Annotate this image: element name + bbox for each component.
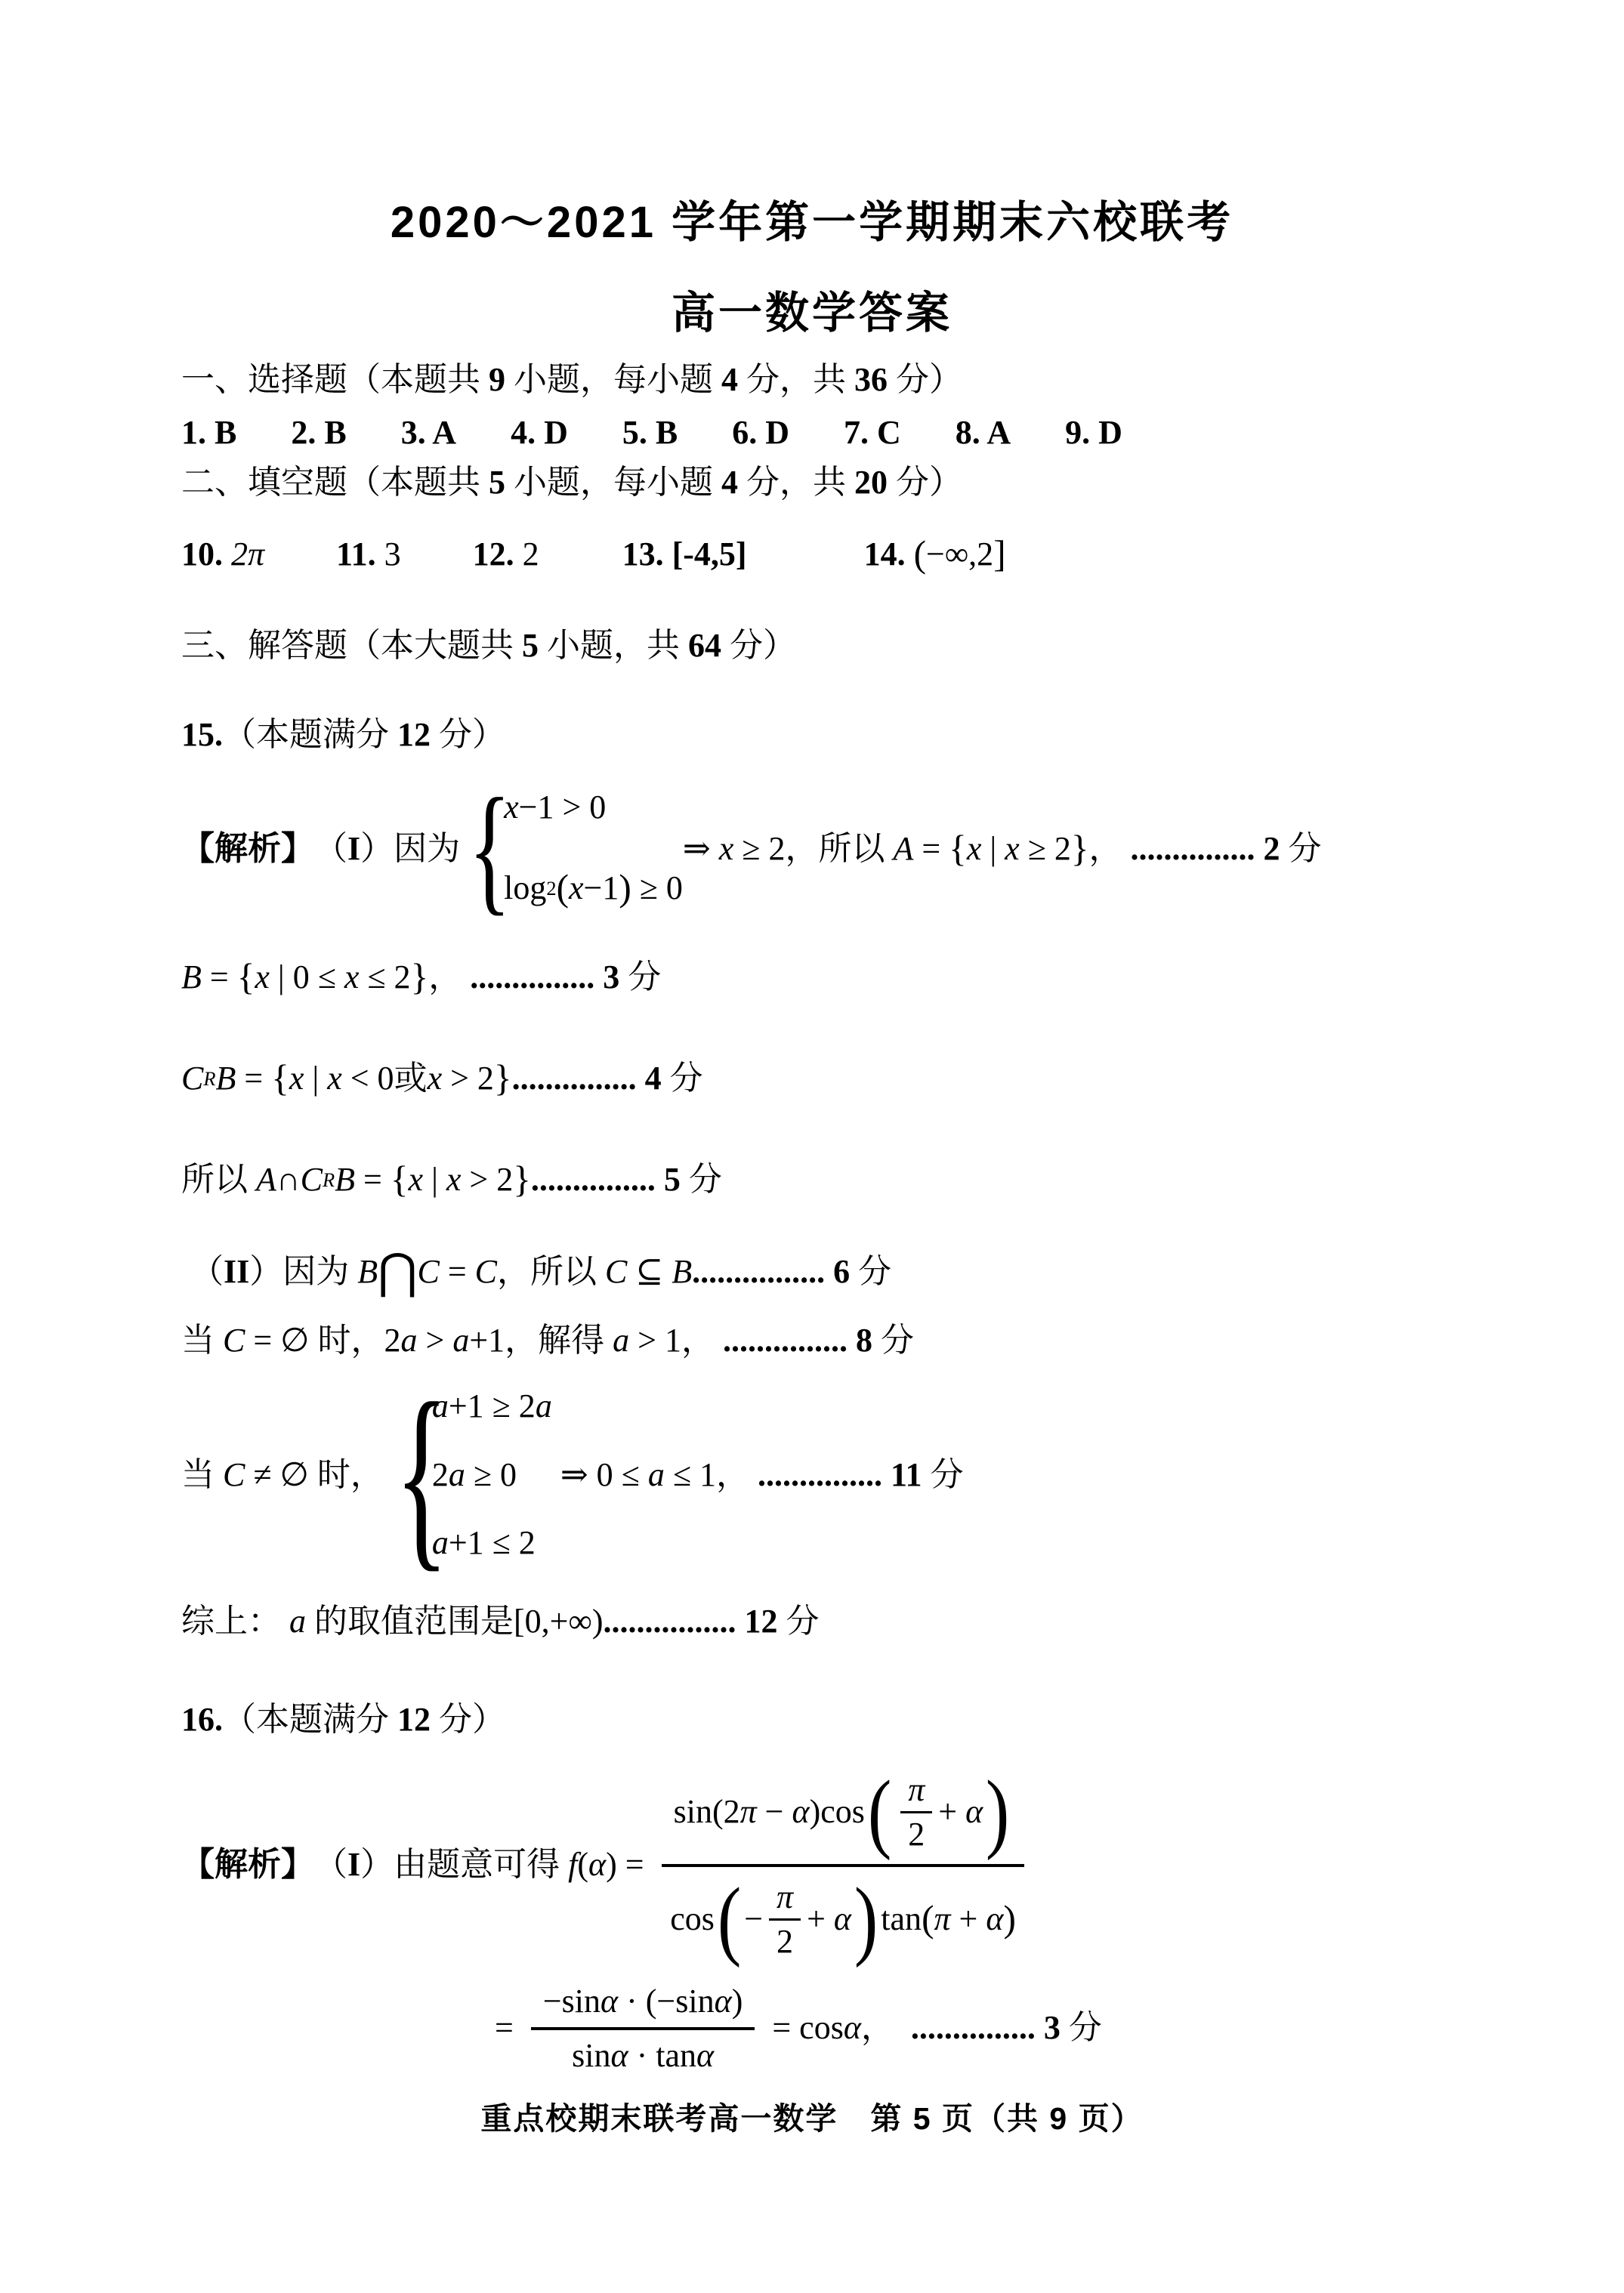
text-segment: ≤ 2 (359, 958, 410, 997)
text-segment: α (986, 1901, 1003, 1937)
text-segment: 分，共 (738, 464, 854, 502)
text-segment: （本题满分 (223, 1701, 397, 1739)
text-segment: 所以 (818, 831, 893, 867)
text-segment: ， (861, 2010, 894, 2046)
text-segment: 综上： (181, 1603, 289, 1641)
text-segment: sin (572, 2038, 610, 2074)
text-segment: C (475, 1253, 497, 1292)
text-segment: x (428, 1060, 443, 1098)
text-segment: a (289, 1603, 306, 1641)
text-segment: · (−sin (618, 1983, 714, 2020)
text-segment: 分） (431, 1701, 505, 1739)
text-segment: ）因为 (360, 831, 460, 867)
text-segment: C (605, 1253, 627, 1292)
minus-sign: − (744, 1901, 763, 1937)
text-segment: 的取值范围是 (306, 1603, 514, 1641)
text-segment: C (301, 1161, 323, 1199)
text-segment: 一、选择题（本题共 (181, 361, 489, 400)
text-segment: 分，共 (738, 361, 854, 400)
fraction-denominator: cos ( − π 2 + α ) tan(π + α) (670, 1867, 1016, 1964)
q15-step7-case-1: a+1 ≥ 2a (432, 1388, 552, 1424)
text-segment: ≥ 2 (733, 831, 785, 867)
text-segment: = (913, 831, 949, 867)
text-segment: 0 ≤ (293, 958, 344, 997)
text-segment: ) (619, 868, 631, 909)
text-segment: 3 (594, 958, 619, 997)
text-segment: ............... (894, 2010, 1036, 2046)
text-segment: C (223, 1322, 245, 1360)
q15-step7-case-3: a+1 ≤ 2 (432, 1525, 552, 1561)
fill-answers-row: 10. 2π 11. 3 12. 2 13. [-4,5] 14. (−∞,2] (181, 533, 1006, 576)
text-segment: II (224, 1253, 249, 1292)
text-segment: ................ (692, 1253, 825, 1292)
text-segment: a (648, 1457, 665, 1493)
text-segment: −1 (584, 870, 619, 906)
text-segment: 分） (888, 361, 962, 400)
text-segment: ............... (531, 1161, 656, 1199)
text-segment: 4 (721, 464, 738, 502)
denominator-text: tan(π + α) (881, 1899, 1016, 1940)
text-segment: = (202, 958, 237, 997)
text-segment: 分 (1280, 831, 1322, 867)
question16-heading: 16.（本题满分 12 分） (181, 1701, 505, 1739)
fill-answer-14: 14. (−∞,2] (864, 533, 1006, 576)
text-segment: ) (606, 1847, 617, 1883)
text-segment: { (271, 1057, 289, 1100)
text-segment: · tan (628, 2038, 696, 2074)
text-segment: 分 (850, 1253, 891, 1292)
denominator-2: 2 (908, 1813, 925, 1851)
section3-heading: 三、解答题（本大题共 5 小题，共 64 分） (181, 627, 796, 665)
text-segment: ............... (462, 958, 594, 997)
denominator-2: 2 (776, 1921, 793, 1958)
text-segment: x (1005, 831, 1020, 867)
section2-heading: 二、填空题（本题共 5 小题，每小题 4 分，共 20 分） (181, 464, 962, 502)
text-segment: ⋂ (378, 1248, 417, 1296)
text-segment: 15. (181, 716, 223, 755)
text-segment: 时， (317, 1457, 384, 1493)
choice-answer-3: 3. A (401, 414, 456, 452)
choice-answers-row: 1. B 2. B 3. A 4. D 5. B 6. D 7. C 8. A … (181, 414, 1122, 452)
text-segment: { (391, 1159, 409, 1202)
text-segment: 6 (825, 1253, 850, 1292)
text-segment: （本题满分 (223, 716, 397, 755)
q15-step1-suffix: ⇒ x ≥ 2，所以 A = {x | x ≥ 2}， ............… (683, 829, 1322, 869)
text-segment: 2π (231, 535, 264, 574)
fraction-denominator: sinα · tanα (572, 2030, 714, 2074)
text-segment: I (347, 831, 360, 867)
text-segment: 5 (656, 1161, 681, 1199)
text-segment: } (411, 956, 429, 999)
text-segment: | (304, 1060, 327, 1098)
text-segment: α (834, 1901, 851, 1937)
text-segment: > 1 (629, 1322, 681, 1360)
big-paren-left: ( (868, 1767, 891, 1856)
text-segment: 3 (1036, 2010, 1061, 2046)
text-segment: x (289, 1060, 304, 1098)
text-segment: 12. (473, 535, 523, 574)
text-segment: x (569, 870, 584, 906)
text-segment: C (223, 1457, 245, 1493)
text-segment: ............... (715, 1322, 848, 1360)
choice-answer-1: 1. B (181, 414, 236, 452)
text-segment: 小题，共 (539, 627, 688, 665)
text-segment: C (417, 1253, 439, 1292)
text-segment: ( (577, 1847, 588, 1883)
text-segment: 分 (662, 1060, 703, 1098)
text-segment: +1 ≥ 2 (449, 1388, 536, 1424)
q15-step1-cases: x−1 > 0 log2(x−1) ≥ 0 (504, 789, 683, 909)
exam-answer-page: 2020～2021 学年第一学期期末六校联考 高一数学答案 一、选择题（本题共 … (0, 0, 1624, 2293)
text-segment: B (181, 958, 202, 997)
text-segment: π (740, 1794, 757, 1830)
text-segment: − (744, 1901, 763, 1937)
pi-symbol: π (900, 1773, 932, 1813)
text-segment: 分 (681, 1161, 722, 1199)
choice-answer-4: 4. D (511, 414, 568, 452)
text-segment: 二、填空题（本题共 (181, 464, 489, 502)
text-segment: > (418, 1322, 453, 1360)
fraction-numerator: −sinα · (−sinα) (531, 1982, 755, 2030)
text-segment: A (256, 1161, 276, 1199)
fill-answer-11: 11. 3 (336, 535, 401, 574)
q15-step2-line: B = {x | 0 ≤ x ≤ 2}， ............... 3 分 (181, 956, 661, 999)
text-segment: > 2 (442, 1060, 494, 1098)
text-segment: 12 (397, 716, 431, 755)
text-segment: < 0 (342, 1060, 394, 1098)
text-segment: 9 (489, 361, 505, 400)
text-segment: x (409, 1161, 424, 1199)
big-paren-left: ( (718, 1875, 741, 1964)
q15-step1-prefix: 【解析】（I）因为 (181, 831, 460, 867)
text-segment: 【解析】 (181, 1847, 314, 1883)
text-segment: ）由题意可得 (360, 1847, 568, 1883)
text-segment: } (1071, 829, 1089, 869)
text-segment: 13. (622, 535, 672, 574)
text-segment: x (344, 958, 360, 997)
text-segment: a (452, 1322, 469, 1360)
text-segment: } (494, 1057, 512, 1100)
left-brace: { (394, 1372, 421, 1578)
text-segment: 三、解答题（本大题共 (181, 627, 522, 665)
text-segment: 【解析】 (181, 831, 314, 867)
text-segment: ≥ 0 (631, 870, 683, 906)
fraction-numerator: sin(2π − α)cos ( π 2 + α ) (662, 1766, 1025, 1867)
text-segment: ) (732, 1983, 743, 2020)
text-segment: R (203, 1067, 215, 1090)
choice-answer-5: 5. B (622, 414, 678, 452)
text-segment: f (568, 1847, 577, 1883)
text-segment: ................ (604, 1603, 736, 1641)
text-segment: 分） (431, 716, 505, 755)
text-segment: π (934, 1901, 950, 1937)
numerator-text: sin(2π − α)cos (674, 1794, 865, 1830)
text-segment: ( (557, 868, 569, 909)
text-segment: ............... (749, 1457, 882, 1493)
text-segment: ∩ (276, 1161, 301, 1199)
text-segment: 分） (721, 627, 796, 665)
left-brace: { (468, 777, 496, 921)
text-segment: 5 (489, 464, 505, 502)
text-segment: } (513, 1159, 531, 1202)
text-segment: α (588, 1847, 606, 1883)
text-segment: 小题，每小题 (505, 464, 721, 502)
q15-step7-prefix: 当 C ≠ ∅ 时， (181, 1457, 384, 1493)
text-segment: α (792, 1794, 809, 1830)
choice-answer-9: 9. D (1065, 414, 1122, 452)
text-segment: sin(2 (674, 1794, 740, 1830)
fill-answer-10: 10. 2π (181, 535, 264, 574)
fill-answer-12: 12. 2 (473, 535, 539, 574)
big-paren-right: ) (986, 1767, 1009, 1856)
text-segment: = (617, 1847, 653, 1883)
text-segment: B (215, 1060, 236, 1098)
text-segment: ( (914, 533, 926, 576)
text-segment: B (672, 1253, 692, 1292)
text-segment: α (965, 1794, 983, 1830)
text-segment: （ (314, 1847, 347, 1883)
text-segment: −1 > 0 (519, 789, 607, 826)
text-segment: I (347, 1847, 360, 1883)
text-segment: x (719, 831, 734, 867)
text-segment: 12 (736, 1603, 778, 1641)
q16-step2-result: = cosα， ............... 3 分 (764, 2010, 1102, 2046)
text-segment: 10. (181, 535, 231, 574)
text-segment: 当 (181, 1322, 223, 1360)
text-segment: 当 (181, 1457, 223, 1493)
text-segment: − (757, 1794, 792, 1830)
text-segment: ............... (1122, 831, 1255, 867)
text-segment: ， (1089, 831, 1122, 867)
pi-over-2-fraction: π 2 (900, 1773, 932, 1851)
q15-step7-line: 当 C ≠ ∅ 时， { a+1 ≥ 2a 2a ≥ 0 a+1 ≤ 2 ⇒ 0… (181, 1382, 964, 1568)
text-segment: = cos (764, 2010, 843, 2046)
text-segment: ）因为 (249, 1253, 357, 1292)
text-segment: 4 (721, 361, 738, 400)
text-segment: x (255, 958, 270, 997)
q15-step7-case-2: 2a ≥ 0 (432, 1457, 552, 1493)
equals-sign: = (495, 2010, 522, 2046)
q15-case-2: log2(x−1) ≥ 0 (504, 868, 683, 909)
text-segment: 11. (336, 535, 384, 574)
text-segment: ≤ 1 (665, 1457, 716, 1493)
q15-step7-suffix: ⇒ 0 ≤ a ≤ 1， ............... 11 分 (552, 1457, 964, 1493)
text-segment: 所以 (181, 1161, 256, 1199)
text-segment: 分 (872, 1322, 914, 1360)
text-segment: { (237, 956, 255, 999)
fill-answer-13: 13. [-4,5] (622, 535, 747, 574)
text-segment: ⊆ (627, 1253, 672, 1292)
text-segment: ] (993, 533, 1005, 576)
text-segment: ，解得 (505, 1322, 613, 1360)
q15-step4-line: 所以 A∩CRB = {x | x > 2}............... 5 … (181, 1159, 722, 1202)
text-segment: A (893, 831, 913, 867)
text-segment: { (949, 829, 967, 869)
text-segment: ， (785, 831, 818, 867)
text-segment: ， (716, 1457, 749, 1493)
text-segment: > 2 (461, 1161, 513, 1199)
text-segment: α (696, 2038, 714, 2074)
text-segment: ( (922, 1899, 934, 1940)
text-segment: +1 (469, 1322, 505, 1360)
text-segment: ，所以 (497, 1253, 605, 1292)
text-segment: a (613, 1322, 629, 1360)
text-segment: C (181, 1060, 203, 1098)
q15-step7-cases: a+1 ≥ 2a 2a ≥ 0 a+1 ≤ 2 (432, 1388, 552, 1561)
text-segment: ， (428, 958, 462, 997)
text-segment: a (401, 1322, 418, 1360)
denominator-text: + α (807, 1901, 851, 1937)
text-segment: 64 (688, 627, 721, 665)
text-segment: 分 (619, 958, 661, 997)
text-segment: x (327, 1060, 342, 1098)
page-footer: 重点校期末联考高一数学 第 5 页（共 9 页） (0, 2101, 1624, 2137)
text-segment: 分 (1061, 2010, 1102, 2046)
q15-step8-line: 综上： a 的取值范围是[0,+∞)................ 12 分 (181, 1603, 820, 1641)
q16-step1-line: 【解析】（I）由题意可得 f(α) = sin(2π − α)cos ( π 2… (181, 1757, 1033, 1973)
text-segment: ⇒ (683, 831, 719, 867)
text-segment: 8 (848, 1322, 872, 1360)
numerator-text: + α (938, 1794, 983, 1830)
big-paren-right: ) (854, 1875, 878, 1964)
fraction: sin(2π − α)cos ( π 2 + α ) cos ( − π 2 +… (662, 1766, 1025, 1964)
text-segment: ， (681, 1322, 715, 1360)
text-segment: B (335, 1161, 355, 1199)
page-title: 2020～2021 学年第一学期期末六校联考 (0, 198, 1624, 248)
text-segment: （ (190, 1253, 224, 1292)
text-segment: + (951, 1901, 986, 1937)
text-segment: α (715, 1983, 732, 2020)
text-segment: + (807, 1901, 834, 1937)
page-subtitle: 高一数学答案 (0, 289, 1624, 339)
text-segment: 16. (181, 1701, 223, 1739)
text-segment: 分 (778, 1603, 820, 1641)
denominator-text: cos (670, 1901, 715, 1937)
text-segment: [0,+∞) (514, 1603, 604, 1641)
text-segment: α (610, 2038, 628, 2074)
text-segment: a (536, 1388, 552, 1424)
text-segment: B (357, 1253, 378, 1292)
text-segment: −sin (543, 1983, 601, 2020)
text-segment: （ (314, 831, 347, 867)
choice-answer-2: 2. B (291, 414, 346, 452)
text-segment: | (981, 831, 1005, 867)
fraction: −sinα · (−sinα) sinα · tanα (531, 1982, 755, 2075)
text-segment: | (270, 958, 293, 997)
text-segment: R (323, 1168, 335, 1191)
text-segment: ≥ 2 (1020, 831, 1071, 867)
text-segment: 20 (854, 464, 888, 502)
q15-case-1: x−1 > 0 (504, 789, 683, 826)
q15-step3-line: CRB = {x | x < 0或x > 2}............... 4… (181, 1057, 703, 1100)
text-segment: | (423, 1161, 446, 1199)
text-segment: α (844, 2010, 861, 2046)
text-segment: )cos (810, 1794, 865, 1830)
q16-step2-line: = −sinα · (−sinα) sinα · tanα = cosα， ..… (495, 1958, 1102, 2098)
text-segment: 2 (1255, 831, 1280, 867)
text-segment: 36 (854, 361, 888, 400)
question15-heading: 15.（本题满分 12 分） (181, 716, 505, 755)
q16-step1-prefix: 【解析】（I）由题意可得 f(α) = (181, 1847, 653, 1883)
text-segment: ............... (512, 1060, 637, 1098)
pi-symbol: π (769, 1881, 801, 1921)
text-segment: = (440, 1253, 475, 1292)
text-segment: + (938, 1794, 965, 1830)
text-segment: 4 (637, 1060, 662, 1098)
text-segment: 3 (384, 535, 401, 574)
text-segment: ≠ ∅ (245, 1457, 316, 1493)
section1-heading: 一、选择题（本题共 9 小题，每小题 4 分，共 36 分） (181, 361, 962, 400)
text-segment: [-4,5] (672, 535, 747, 574)
text-segment: α (601, 1983, 618, 2020)
text-segment: = (495, 2010, 522, 2046)
text-segment: 2 (546, 878, 556, 900)
text-segment: 12 (397, 1701, 431, 1739)
text-segment: 分） (888, 464, 962, 502)
text-segment: 14. (864, 535, 914, 574)
text-segment: 2 (384, 1322, 401, 1360)
text-segment: 分 (922, 1457, 964, 1493)
text-segment: 2 (523, 535, 539, 574)
text-segment: 5 (522, 627, 539, 665)
q15-step6-line: 当 C = ∅ 时，2a > a+1，解得 a > 1， ...........… (181, 1322, 914, 1360)
q15-step5-line: （II）因为 B⋂C = C，所以 C ⊆ B................ … (190, 1248, 891, 1296)
text-segment: 或 (394, 1060, 428, 1098)
pi-over-2-fraction: π 2 (769, 1881, 801, 1958)
text-segment: 11 (882, 1457, 922, 1493)
text-segment: 小题，每小题 (505, 361, 721, 400)
choice-answer-7: 7. C (844, 414, 901, 452)
text-segment: ≥ 0 (465, 1457, 517, 1493)
q15-step1-line: 【解析】（I）因为 { x−1 > 0 log2(x−1) ≥ 0 ⇒ x ≥ … (181, 769, 1322, 929)
choice-answer-8: 8. A (956, 414, 1011, 452)
text-segment: = (236, 1060, 271, 1098)
text-segment: ) (1003, 1899, 1015, 1940)
text-segment: −∞,2 (926, 535, 993, 574)
text-segment: +1 ≤ 2 (449, 1525, 536, 1561)
text-segment: tan (881, 1901, 922, 1937)
text-segment: cos (670, 1901, 715, 1937)
text-segment: ⇒ 0 ≤ (552, 1457, 648, 1493)
text-segment: = (355, 1161, 391, 1199)
text-segment: 时， (318, 1322, 384, 1360)
text-segment: x (446, 1161, 462, 1199)
text-segment: x (967, 831, 982, 867)
text-segment: a (449, 1457, 465, 1493)
text-segment: = ∅ (245, 1322, 317, 1360)
choice-answer-6: 6. D (732, 414, 789, 452)
